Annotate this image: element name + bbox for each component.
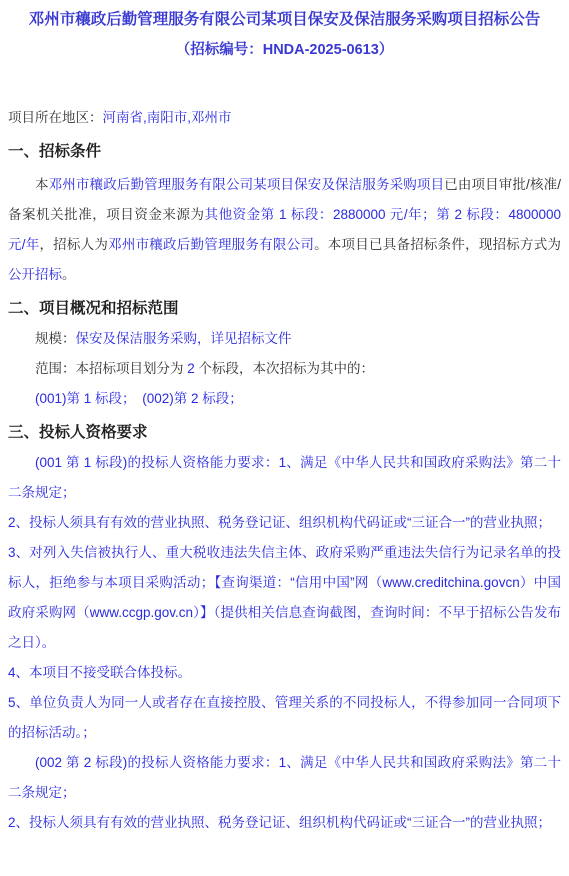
requirement-item-2: 2、投标人须具有有效的营业执照、税务登记证、组织机构代码证或“三证合一”的营业执… [8,508,561,538]
scale-line: 规模：保安及保洁服务采购，详见招标文件 [8,324,561,354]
scale-value: 保安及保洁服务采购，详见招标文件 [76,331,292,346]
scope-suffix: 个标段，本次招标为其中的： [195,361,374,376]
conditions-text: 。本项目已具备招标条件，现招标方式为 [314,237,561,252]
tender-number: （招标编号：HNDA-2025-0613） [8,38,561,62]
lot2-requirement-item-2: 2、投标人须具有有效的营业执照、税务登记证、组织机构代码证或“三证合一”的营业执… [8,808,561,838]
lots-line: (001)第 1 标段； (002)第 2 标段； [8,384,561,414]
tender-conditions-paragraph: 本邓州市穰政后勤管理服务有限公司某项目保安及保洁服务采购项目已由项目审批/核准/… [8,170,561,290]
scale-label: 规模： [35,331,76,346]
location-label: 项目所在地区： [8,110,103,125]
requirement-item-3: 3、对列入失信被执行人、重大税收违法失信主体、政府采购严重违法失信行为记录名单的… [8,538,561,658]
project-location-line: 项目所在地区：河南省,南阳市,邓州市 [8,103,561,133]
section-2-heading: 二、项目概况和招标范围 [8,294,561,324]
location-value: 河南省,南阳市,邓州市 [103,110,232,125]
tenderer-name: 邓州市穰政后勤管理服务有限公司 [108,237,314,252]
announcement-page: 邓州市穰政后勤管理服务有限公司某项目保安及保洁服务采购项目招标公告 （招标编号：… [0,0,569,876]
lot1-requirements-paragraph: (001 第 1 标段)的投标人资格能力要求：1、满足《中华人民共和国政府采购法… [8,448,561,508]
project-name: 邓州市穰政后勤管理服务有限公司某项目保安及保洁服务采购项目 [49,177,445,192]
section-3-heading: 三、投标人资格要求 [8,418,561,448]
requirement-item-4: 4、本项目不接受联合体投标。 [8,658,561,688]
scope-line: 范围：本招标项目划分为 2 个标段，本次招标为其中的： [8,354,561,384]
scope-prefix: 范围：本招标项目划分为 [35,361,187,376]
tenderer-label: ，招标人为 [39,237,108,252]
page-title: 邓州市穰政后勤管理服务有限公司某项目保安及保洁服务采购项目招标公告 [8,8,561,32]
period-mark: 。 [62,267,76,282]
lot2-requirements-paragraph: (002 第 2 标段)的投标人资格能力要求：1、满足《中华人民共和国政府采购法… [8,748,561,808]
intro-prefix: 本 [35,177,49,192]
requirement-item-5: 5、单位负责人为同一人或者存在直接控股、管理关系的不同投标人，不得参加同一合同项… [8,688,561,748]
section-1-heading: 一、招标条件 [8,137,561,167]
scope-lot-count: 2 [187,361,195,376]
bid-method: 公开招标 [8,267,62,282]
